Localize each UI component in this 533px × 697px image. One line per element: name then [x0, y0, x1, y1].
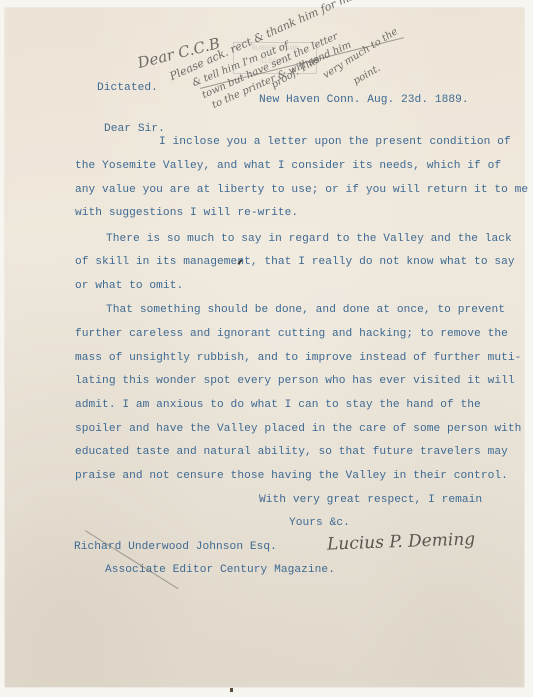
paragraph-line: praise and not censure those having the … [75, 471, 508, 482]
pencil-diagonal-stroke [85, 530, 179, 589]
paragraph-line: admit. I am anxious to do what I can to … [75, 400, 481, 411]
letter-page: RUBBER STAMP ILLEGIBLE Dear C.C.B Please… [5, 8, 524, 687]
paragraph-line: That something should be done, and done … [106, 305, 505, 316]
paragraph-line: of skill in its management, that I reall… [75, 257, 515, 268]
paragraph-line: mass of unsightly rubbish, and to improv… [75, 353, 521, 364]
salutation: Dear Sir. [104, 124, 165, 135]
paragraph-line: There is so much to say in regard to the… [106, 234, 512, 245]
recipient-title: Associate Editor Century Magazine. [105, 565, 335, 576]
closing-yours: Yours &c. [289, 518, 350, 529]
handwritten-line: point. [352, 63, 383, 87]
dictated-note: Dictated. [97, 83, 158, 94]
paragraph-line: further careless and ignorant cutting an… [75, 329, 508, 340]
handwritten-signature: Lucius P. Deming [327, 529, 476, 554]
paragraph-line: I inclose you a letter upon the present … [159, 137, 511, 148]
paragraph-line: or what to omit. [75, 281, 183, 292]
paragraph-line: with suggestions I will re-write. [75, 208, 298, 219]
paper-tear-mark [230, 688, 233, 692]
closing-line: With very great respect, I remain [259, 495, 482, 506]
paragraph-line: lating this wonder spot every person who… [75, 376, 515, 387]
paragraph-line: educated taste and natural ability, so t… [75, 447, 508, 458]
paragraph-line: spoiler and have the Valley placed in th… [75, 424, 521, 435]
paragraph-line: the Yosemite Valley, and what I consider… [75, 161, 501, 172]
place-date: New Haven Conn. Aug. 23d. 1889. [259, 95, 469, 106]
paragraph-line: any value you are at liberty to use; or … [75, 185, 528, 196]
